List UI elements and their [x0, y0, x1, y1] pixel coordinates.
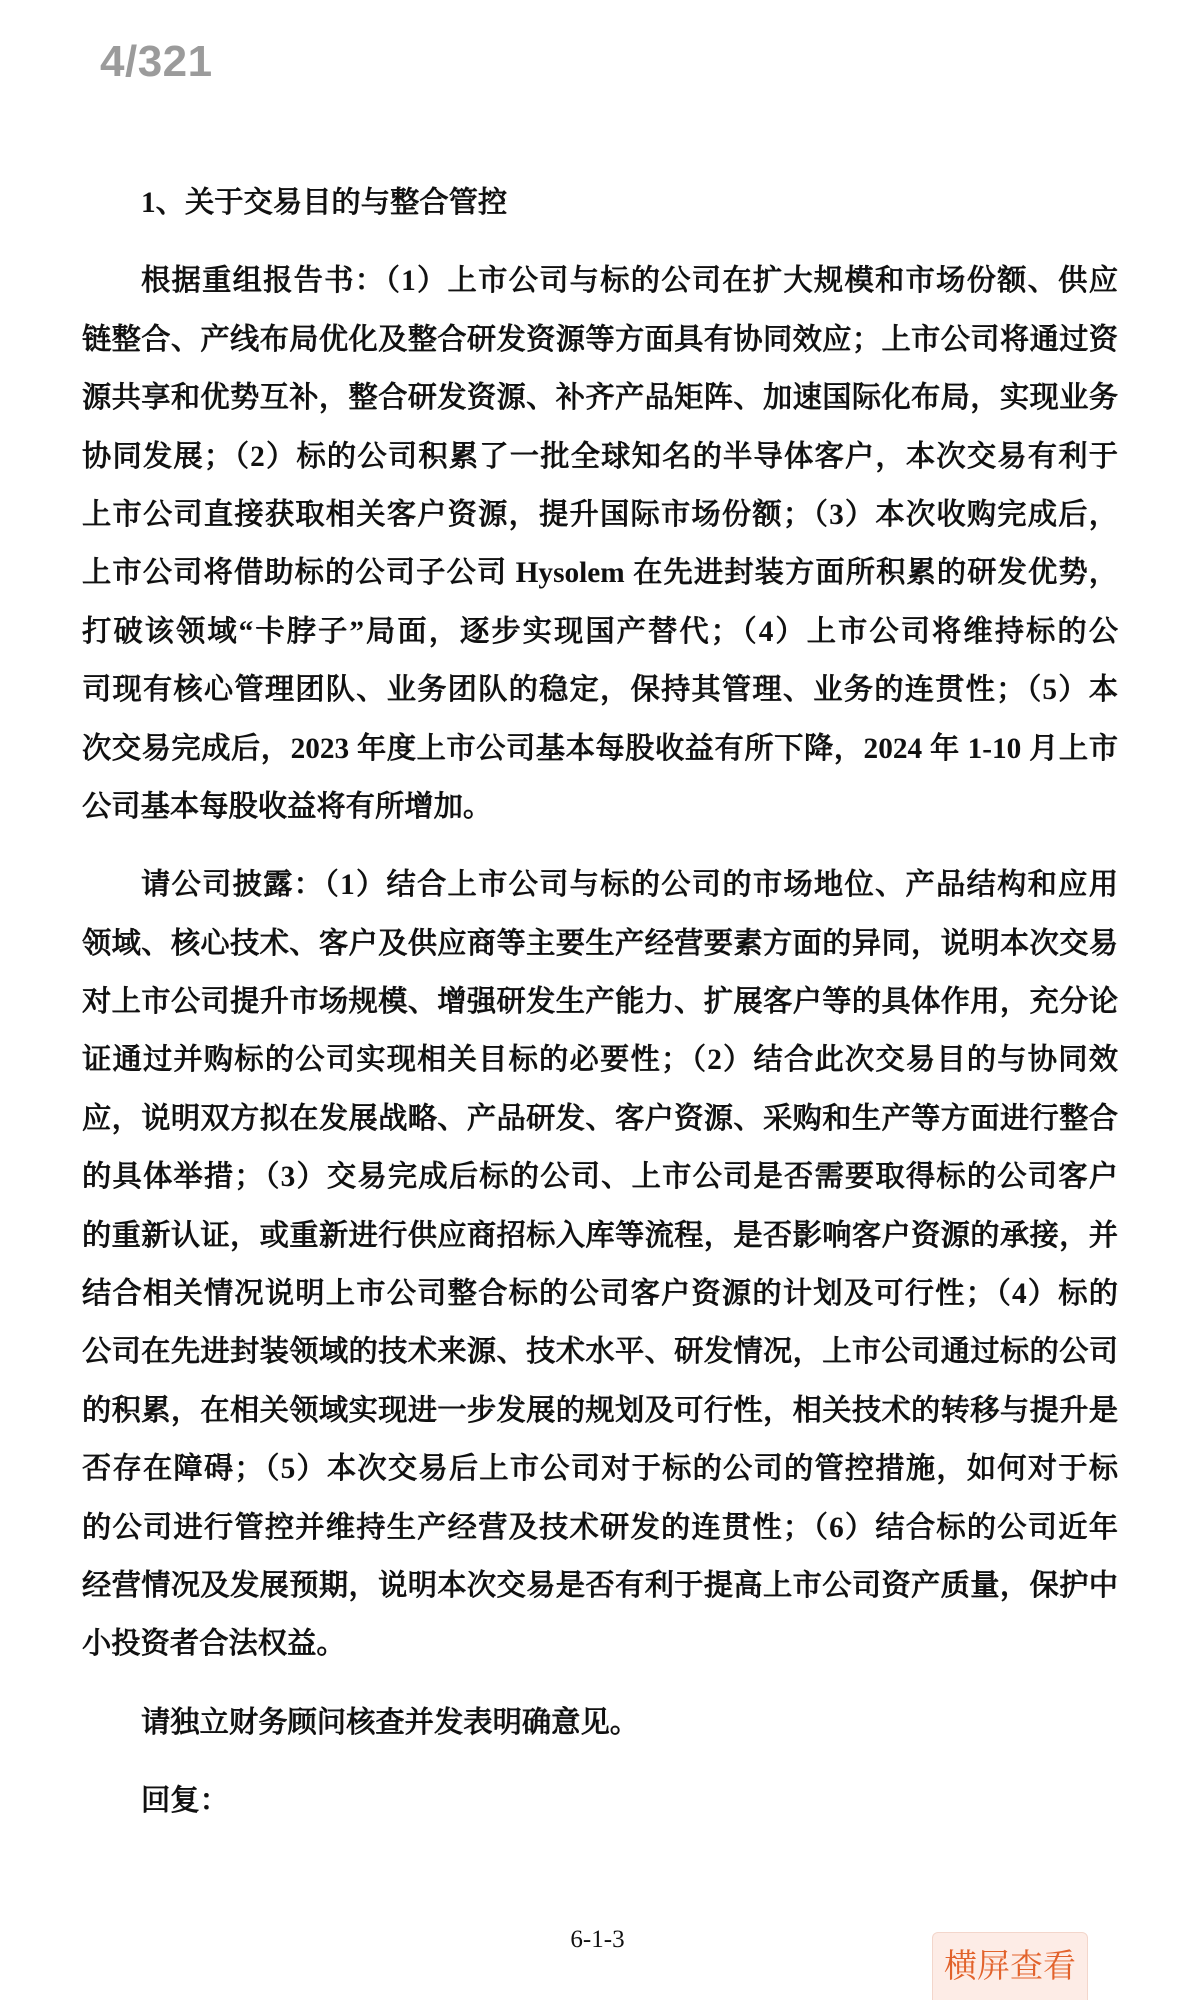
page-number: 6-1-3: [540, 1926, 655, 1954]
paragraph-line: 上市公司直接获取相关客户资源，提升国际市场份额；（3）本次收购完成后，: [82, 486, 1118, 544]
paragraph-line: 经营情况及发展预期，说明本次交易是否有利于提高上市公司资产质量，保护中: [82, 1557, 1118, 1615]
paragraph-line: 的重新认证，或重新进行供应商招标入库等流程，是否影响客户资源的承接，并: [82, 1207, 1118, 1265]
paragraph-line: 的具体举措；（3）交易完成后标的公司、上市公司是否需要取得标的公司客户: [82, 1148, 1118, 1206]
paragraph-line: 应，说明双方拟在发展战略、产品研发、客户资源、采购和生产等方面进行整合: [82, 1090, 1118, 1148]
paragraph-line: 源共享和优势互补，整合研发资源、补齐产品矩阵、加速国际化布局，实现业务: [82, 369, 1118, 427]
paragraph-line: 结合相关情况说明上市公司整合标的公司客户资源的计划及可行性；（4）标的: [82, 1265, 1118, 1323]
paragraph-advisor-request: 请独立财务顾问核查并发表明确意见。: [82, 1694, 1118, 1752]
paragraph-line: 否存在障碍；（5）本次交易后上市公司对于标的公司的管控措施，如何对于标: [82, 1440, 1118, 1498]
paragraph-line: 请独立财务顾问核查并发表明确意见。: [82, 1694, 1118, 1752]
paragraph-line: 证通过并购标的公司实现相关目标的必要性；（2）结合此次交易目的与协同效: [82, 1031, 1118, 1089]
paragraph-line: 次交易完成后，2023 年度上市公司基本每股收益有所下降，2024 年 1-10…: [82, 720, 1118, 778]
page-counter: 4/321: [100, 36, 213, 88]
paragraph-line: 的积累，在相关领域实现进一步发展的规划及可行性，相关技术的转移与提升是: [82, 1382, 1118, 1440]
paragraph-line: 链整合、产线布局优化及整合研发资源等方面具有协同效应；上市公司将通过资: [82, 311, 1118, 369]
paragraph-restructuring-summary: 根据重组报告书：（1）上市公司与标的公司在扩大规模和市场份额、供应 链整合、产线…: [82, 252, 1118, 836]
paragraph-line: 的公司进行管控并维持生产经营及技术研发的连贯性；（6）结合标的公司近年: [82, 1499, 1118, 1557]
paragraph-line: 协同发展；（2）标的公司积累了一批全球知名的半导体客户，本次交易有利于: [82, 428, 1118, 486]
section-heading: 1、关于交易目的与整合管控: [82, 174, 1118, 232]
paragraph-line: 小投资者合法权益。: [82, 1615, 1118, 1673]
document-page: 1、关于交易目的与整合管控 根据重组报告书：（1）上市公司与标的公司在扩大规模和…: [82, 174, 1118, 1851]
reply-label: 回复：: [82, 1772, 1118, 1830]
paragraph-line: 根据重组报告书：（1）上市公司与标的公司在扩大规模和市场份额、供应: [82, 252, 1118, 310]
paragraph-reply-label: 回复：: [82, 1772, 1118, 1830]
paragraph-line: 公司基本每股收益将有所增加。: [82, 778, 1118, 836]
paragraph-line: 打破该领域“卡脖子”局面，逐步实现国产替代；（4）上市公司将维持标的公: [82, 603, 1118, 661]
paragraph-line: 上市公司将借助标的公司子公司 Hysolem 在先进封装方面所积累的研发优势，: [82, 544, 1118, 602]
section-heading-text: 1、关于交易目的与整合管控: [82, 174, 1118, 232]
landscape-view-button[interactable]: 横屏查看: [932, 1932, 1088, 2000]
paragraph-line: 对上市公司提升市场规模、增强研发生产能力、扩展客户等的具体作用，充分论: [82, 973, 1118, 1031]
paragraph-line: 公司在先进封装领域的技术来源、技术水平、研发情况，上市公司通过标的公司: [82, 1323, 1118, 1381]
paragraph-line: 领域、核心技术、客户及供应商等主要生产经营要素方面的异同，说明本次交易: [82, 915, 1118, 973]
paragraph-line: 司现有核心管理团队、业务团队的稳定，保持其管理、业务的连贯性；（5）本: [82, 661, 1118, 719]
paragraph-disclosure-request: 请公司披露：（1）结合上市公司与标的公司的市场地位、产品结构和应用 领域、核心技…: [82, 856, 1118, 1673]
paragraph-line: 请公司披露：（1）结合上市公司与标的公司的市场地位、产品结构和应用: [82, 856, 1118, 914]
